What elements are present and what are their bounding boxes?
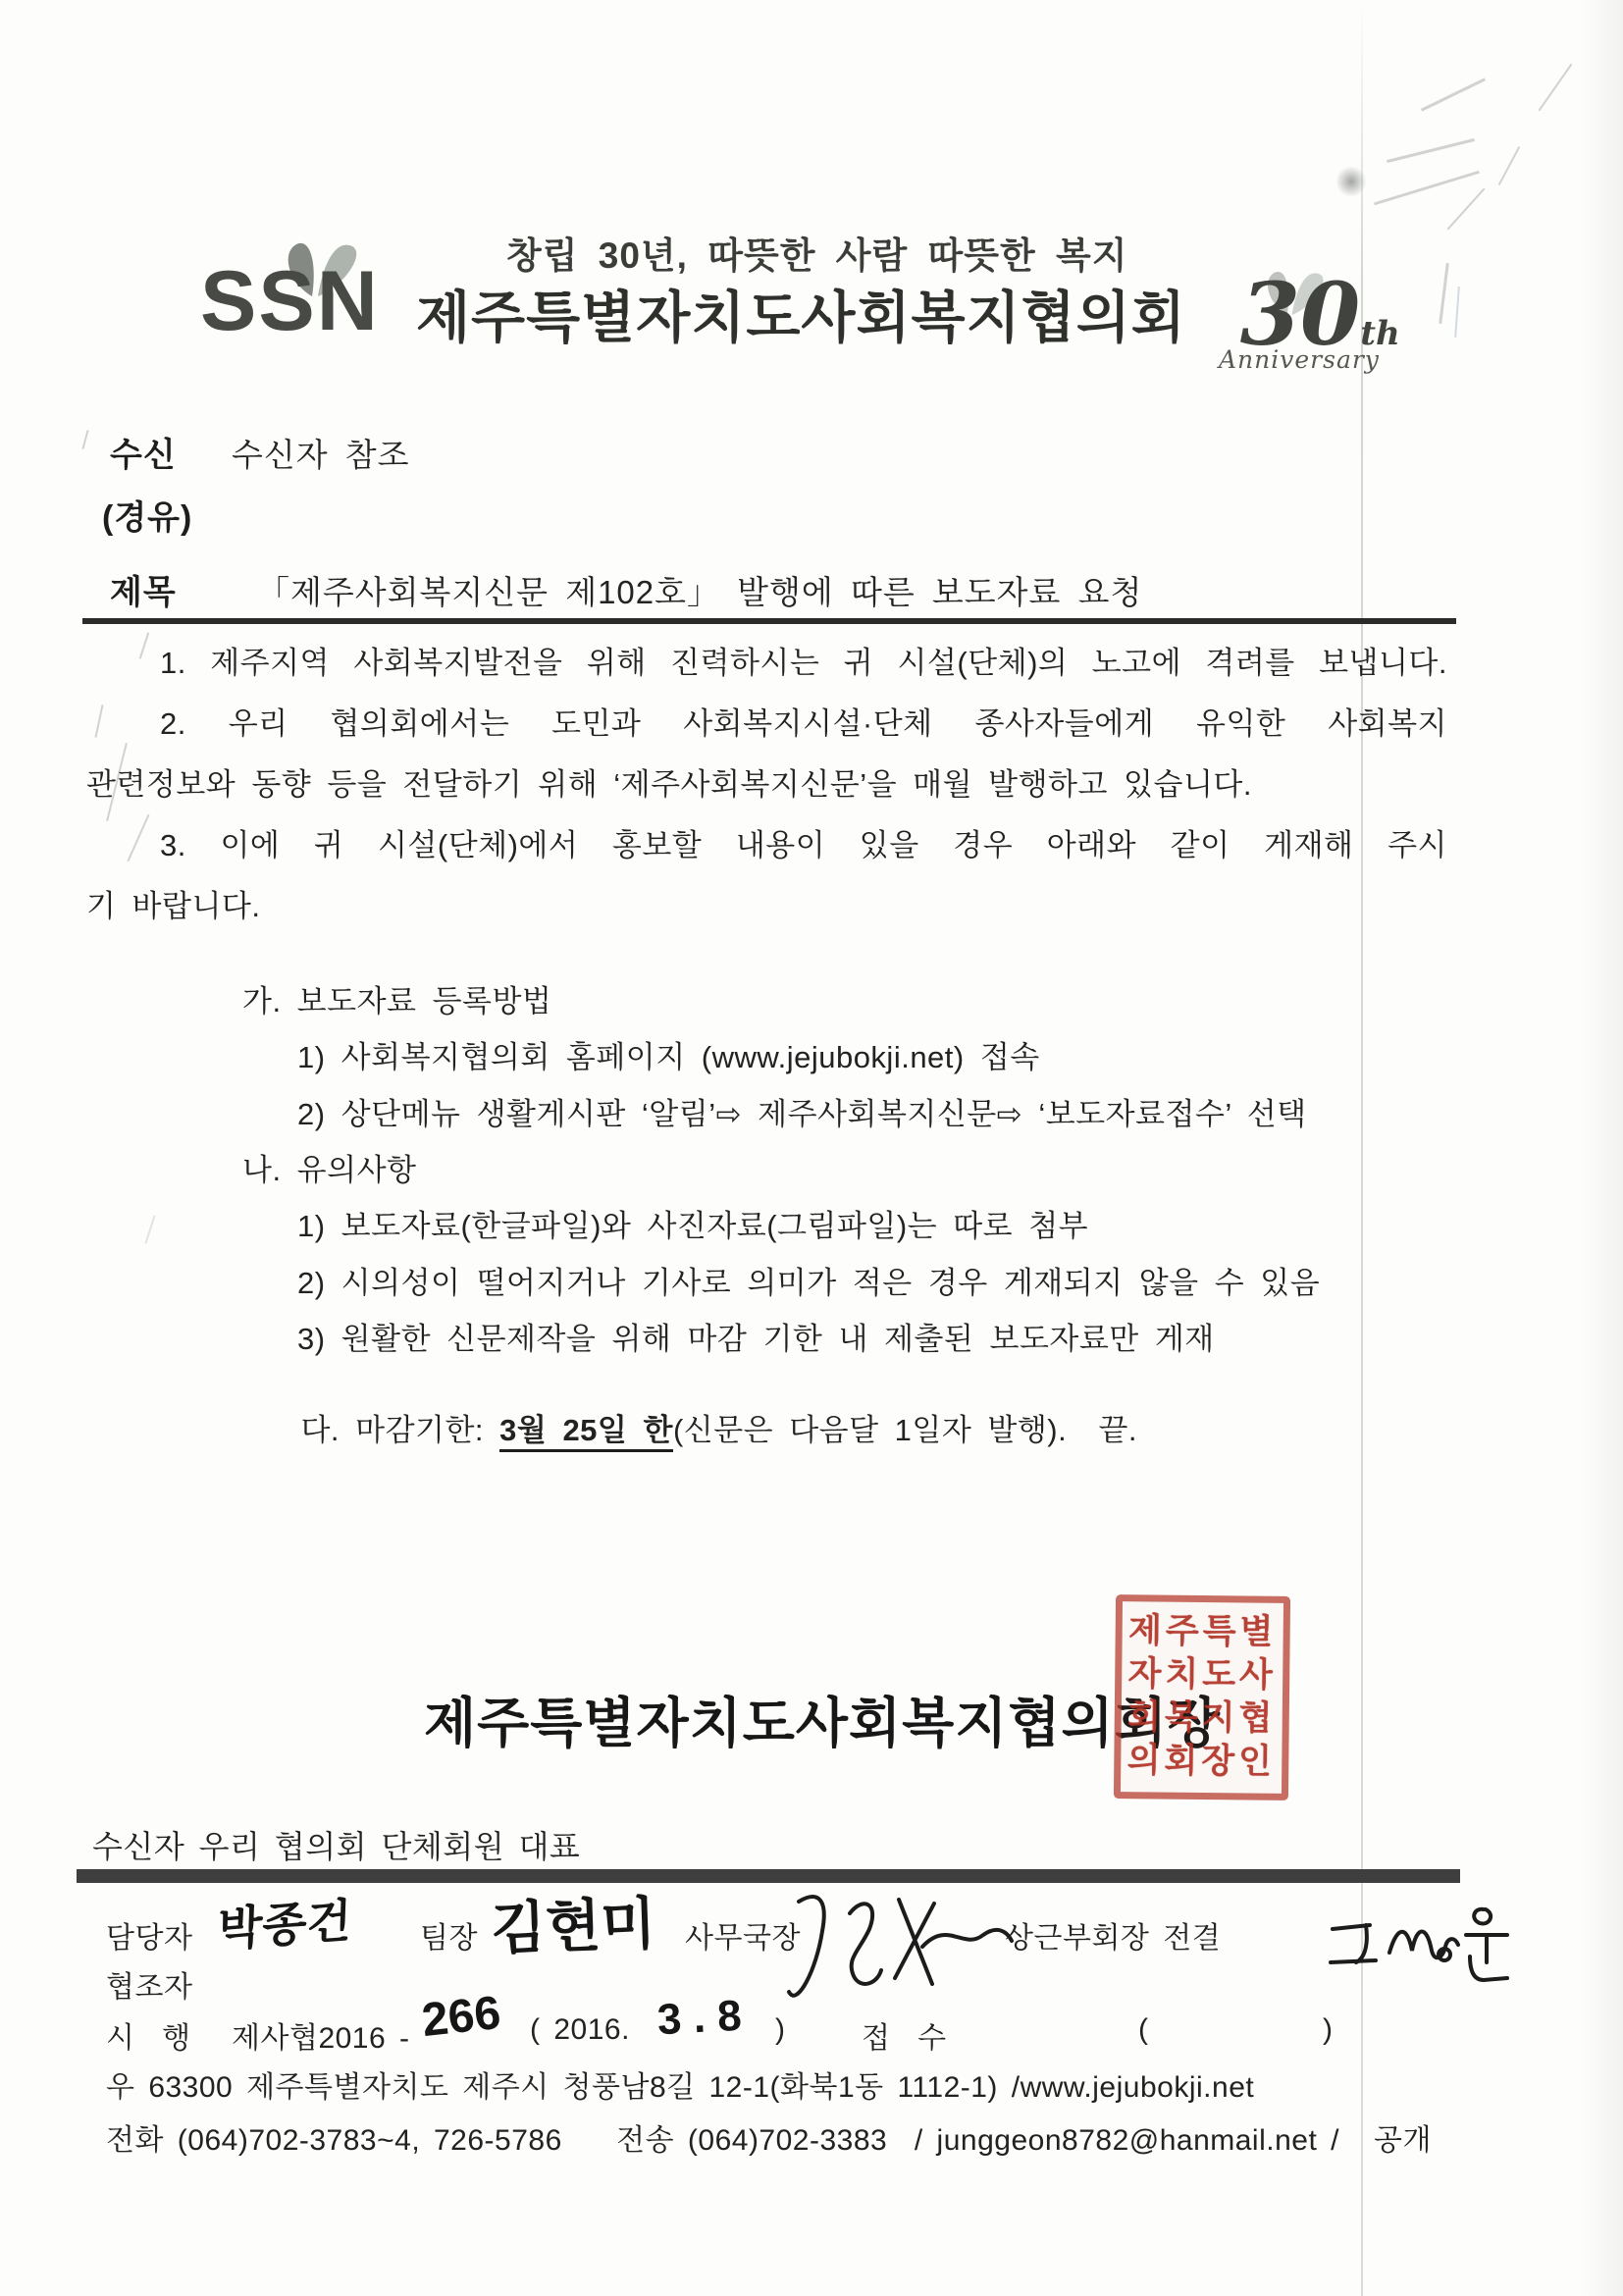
recipient-label: 수신 xyxy=(110,428,177,476)
disclosure-label: 공개 xyxy=(1374,2115,1432,2159)
contact-line: 전화 (064)702-3783~4, 726-5786 전송 (064)702… xyxy=(106,2115,1339,2159)
cooperator-label: 협조자 xyxy=(106,1962,192,2006)
crease-mark xyxy=(1421,78,1486,111)
section-b-item-3: 3) 원활한 신문제작을 위해 마감 기한 내 제출된 보도자료만 게재 xyxy=(297,1314,1215,1358)
footer-divider-line xyxy=(77,1869,1460,1883)
section-a-item-1: 1) 사회복지협의회 홈페이지 (www.jejubokji.net) 접속 xyxy=(297,1032,1040,1076)
crease-mark xyxy=(1498,146,1520,185)
anniversary-label: Anniversary xyxy=(1219,345,1380,374)
scanned-official-letter: SSN 창립 30년, 따뜻한 사람 따뜻한 복지 제주특별자치도사회복지협의회… xyxy=(0,0,1623,2296)
official-seal-stamp: 제주특별 자치도사 회복지협 의회장인 xyxy=(1114,1594,1290,1800)
section-a-item-2: 2) 상단메뉴 생활게시판 ‘알림’⇨ 제주사회복지신문⇨ ‘보도자료접수’ 선… xyxy=(297,1089,1307,1133)
seal-row: 회복지협 xyxy=(1126,1696,1279,1741)
issue-label: 시 행 xyxy=(106,2013,191,2057)
scan-mark xyxy=(128,814,150,861)
scan-smudge xyxy=(1336,165,1366,198)
paper-edge-shadow xyxy=(1580,0,1623,2296)
crease-mark xyxy=(1447,188,1486,231)
section-a-title: 가. 보도자료 등록방법 xyxy=(242,976,551,1020)
crease-mark xyxy=(1539,64,1573,112)
body-paragraph-1: 1. 제주지역 사회복지발전을 위해 진력하시는 귀 시설(단체)의 노고에 격… xyxy=(160,638,1447,681)
body-paragraph-2-line-1: 2. 우리 협의회에서는 도민과 사회복지시설·단체 종사자들에게 유익한 사회… xyxy=(160,699,1447,742)
vice-chair-signature-scribble xyxy=(1327,1866,1513,2039)
letterhead-org-name: 제주특별자치도사회복지협의회 xyxy=(416,273,1186,353)
ssn-logo-text: SSN xyxy=(200,253,380,350)
issue-doc-number-handwritten: 266 xyxy=(419,1986,502,2048)
deadline-date: 3월 25일 한 xyxy=(499,1413,673,1452)
deadline-prefix: 다. 마감기한: xyxy=(300,1413,499,1447)
letterhead-slogan: 창립 30년, 따뜻한 사람 따뜻한 복지 xyxy=(506,226,1127,279)
scan-mark xyxy=(144,1215,155,1243)
receipt-paren-open: ( xyxy=(1138,2013,1149,2047)
seal-row: 자치도사 xyxy=(1126,1652,1279,1697)
body-paragraph-3-line-2: 기 바랍니다. xyxy=(86,881,260,925)
crease-mark xyxy=(1454,287,1460,338)
issue-doc-number: 제사협2016 - xyxy=(232,2013,410,2057)
team-leader-label: 팀장 xyxy=(420,1913,478,1957)
scan-mark xyxy=(139,632,150,658)
via-label: (경유) xyxy=(102,491,192,539)
team-leader-signature: 김현미 xyxy=(490,1877,657,1965)
scan-mark xyxy=(81,430,88,449)
seal-row: 의회장인 xyxy=(1125,1739,1278,1784)
section-b-title: 나. 유의사항 xyxy=(242,1145,416,1189)
issuer-signature-title: 제주특별자치도사회복지협의회장 xyxy=(424,1680,1221,1757)
secretary-general-label: 사무국장 xyxy=(685,1913,801,1957)
crease-mark xyxy=(1374,171,1480,206)
crease-mark xyxy=(1387,138,1475,163)
receipt-paren-close: ) xyxy=(1323,2013,1334,2047)
manager-label: 담당자 xyxy=(106,1913,192,1957)
section-b-item-2: 2) 시의성이 떨어지거나 기사로 의미가 적은 경우 게재되지 않을 수 있음 xyxy=(297,1258,1320,1302)
subject-value: 「제주사회복지신문 제102호」 발행에 따른 보도자료 요청 xyxy=(257,567,1142,613)
manager-signature: 박종건 xyxy=(217,1884,352,1959)
subject-label: 제목 xyxy=(110,565,177,613)
header-divider-line xyxy=(82,618,1456,624)
issue-date-close: ) xyxy=(775,2013,786,2047)
issue-date-open: ( 2016. xyxy=(530,2013,630,2047)
seal-row: 제주특별 xyxy=(1126,1609,1279,1654)
issue-date-handwritten: 3 . 8 xyxy=(656,1992,743,2045)
address-line: 우 63300 제주특별자치도 제주시 청풍남8길 12-1(화북1동 1112… xyxy=(106,2062,1254,2106)
section-c-deadline-line: 다. 마감기한: 3월 25일 한(신문은 다음달 1일자 발행). 끝. xyxy=(237,1370,1137,1485)
body-paragraph-2-line-2: 관련정보와 동향 등을 전달하기 위해 ‘제주사회복지신문’을 매월 발행하고 … xyxy=(86,759,1252,804)
deadline-rest: (신문은 다음달 1일자 발행). 끝. xyxy=(673,1413,1137,1447)
body-paragraph-3-line-1: 3. 이에 귀 시설(단체)에서 홍보할 내용이 있을 경우 아래와 같이 게재… xyxy=(160,820,1447,863)
receipt-label: 접 수 xyxy=(862,2013,947,2057)
recipient-value: 수신자 참조 xyxy=(232,430,410,476)
recipients-line: 수신자 우리 협의회 단체회원 대표 xyxy=(92,1822,580,1867)
crease-mark xyxy=(1439,263,1449,324)
section-b-item-1: 1) 보도자료(한글파일)와 사진자료(그림파일)는 따로 첨부 xyxy=(297,1201,1088,1245)
vice-chair-label: 상근부회장 전결 xyxy=(1005,1913,1221,1957)
scan-mark xyxy=(94,704,103,738)
